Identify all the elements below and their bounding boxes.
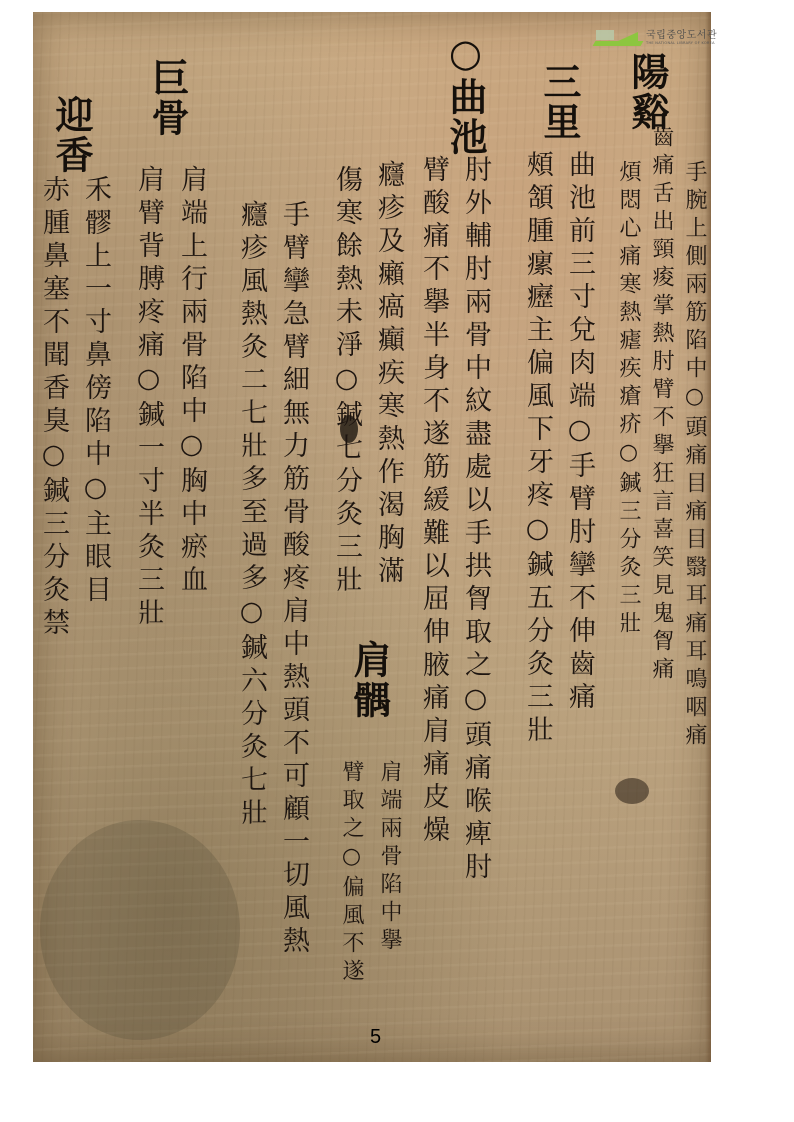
heading-gokji: ○曲池 bbox=[446, 30, 484, 157]
page-number: 5 bbox=[370, 1026, 381, 1049]
text-column: 赤腫鼻塞不聞香臭○鍼三分灸禁 bbox=[40, 175, 67, 641]
heading-samni: 三里 bbox=[540, 62, 578, 142]
text-column: 頰頷腫瘰癧主偏風下牙疼○鍼五分灸三壯 bbox=[524, 150, 551, 748]
text-column: 癮疹風熱灸二七壯多至過多○鍼六分灸七壯 bbox=[238, 200, 265, 831]
text-column: 癮疹及癩瘑癲疾寒熱作渴胸滿 bbox=[375, 160, 402, 589]
text-column: 肩臂背膊疼痛○鍼一寸半灸三壯 bbox=[135, 165, 162, 631]
text-column: 臂酸痛不擧半身不遂筋緩難以屈伸腋痛肩痛皮燥 bbox=[420, 155, 447, 848]
text-column: 曲池前三寸兌肉端○手臂肘攣不伸齒痛 bbox=[566, 150, 593, 715]
text-column: 臂取之○偏風不遂 bbox=[340, 760, 362, 987]
text-column: 傷寒餘熱未淨○鍼七分灸三壯 bbox=[333, 165, 360, 598]
heading-gyeonu: 肩髃 bbox=[350, 640, 388, 720]
paper-damage bbox=[40, 820, 240, 1040]
text-column: 煩悶心痛寒熱瘧疾瘡疥○鍼三分灸三壯 bbox=[617, 160, 639, 639]
library-logo-icon bbox=[594, 30, 642, 46]
text-column: 禾髎上一寸鼻傍陷中○主眼目 bbox=[82, 175, 109, 608]
library-watermark: 국립중앙도서관 THE NATIONAL LIBRARY OF KOREA bbox=[594, 27, 717, 49]
heading-yanggye: 陽谿 bbox=[628, 52, 666, 132]
text-column: 肘外輔肘兩骨中紋盡處以手拱胷取之○頭痛喉痺肘 bbox=[462, 155, 489, 885]
watermark-korean: 국립중앙도서관 bbox=[646, 31, 717, 41]
text-column: 手臂攣急臂細無力筋骨酸疼肩中熱頭不可顧一切風熱 bbox=[280, 200, 307, 959]
text-column: 手腕上側兩筋陷中○頭痛目痛目翳耳痛耳鳴咽痛 bbox=[683, 160, 705, 751]
ink-stain bbox=[615, 778, 649, 804]
text-column: 肩端上行兩骨陷中○胸中瘀血 bbox=[178, 165, 205, 598]
text-column: 肩端兩骨陷中擧 bbox=[378, 760, 400, 956]
watermark-english: THE NATIONAL LIBRARY OF KOREA bbox=[646, 42, 717, 46]
heading-yeonghyang: 迎香 bbox=[52, 95, 90, 175]
heading-geogol: 巨骨 bbox=[148, 58, 186, 138]
text-column: 齒痛舌出頸痠掌熱肘臂不擧狂言喜笑見鬼胷痛 bbox=[650, 125, 672, 685]
